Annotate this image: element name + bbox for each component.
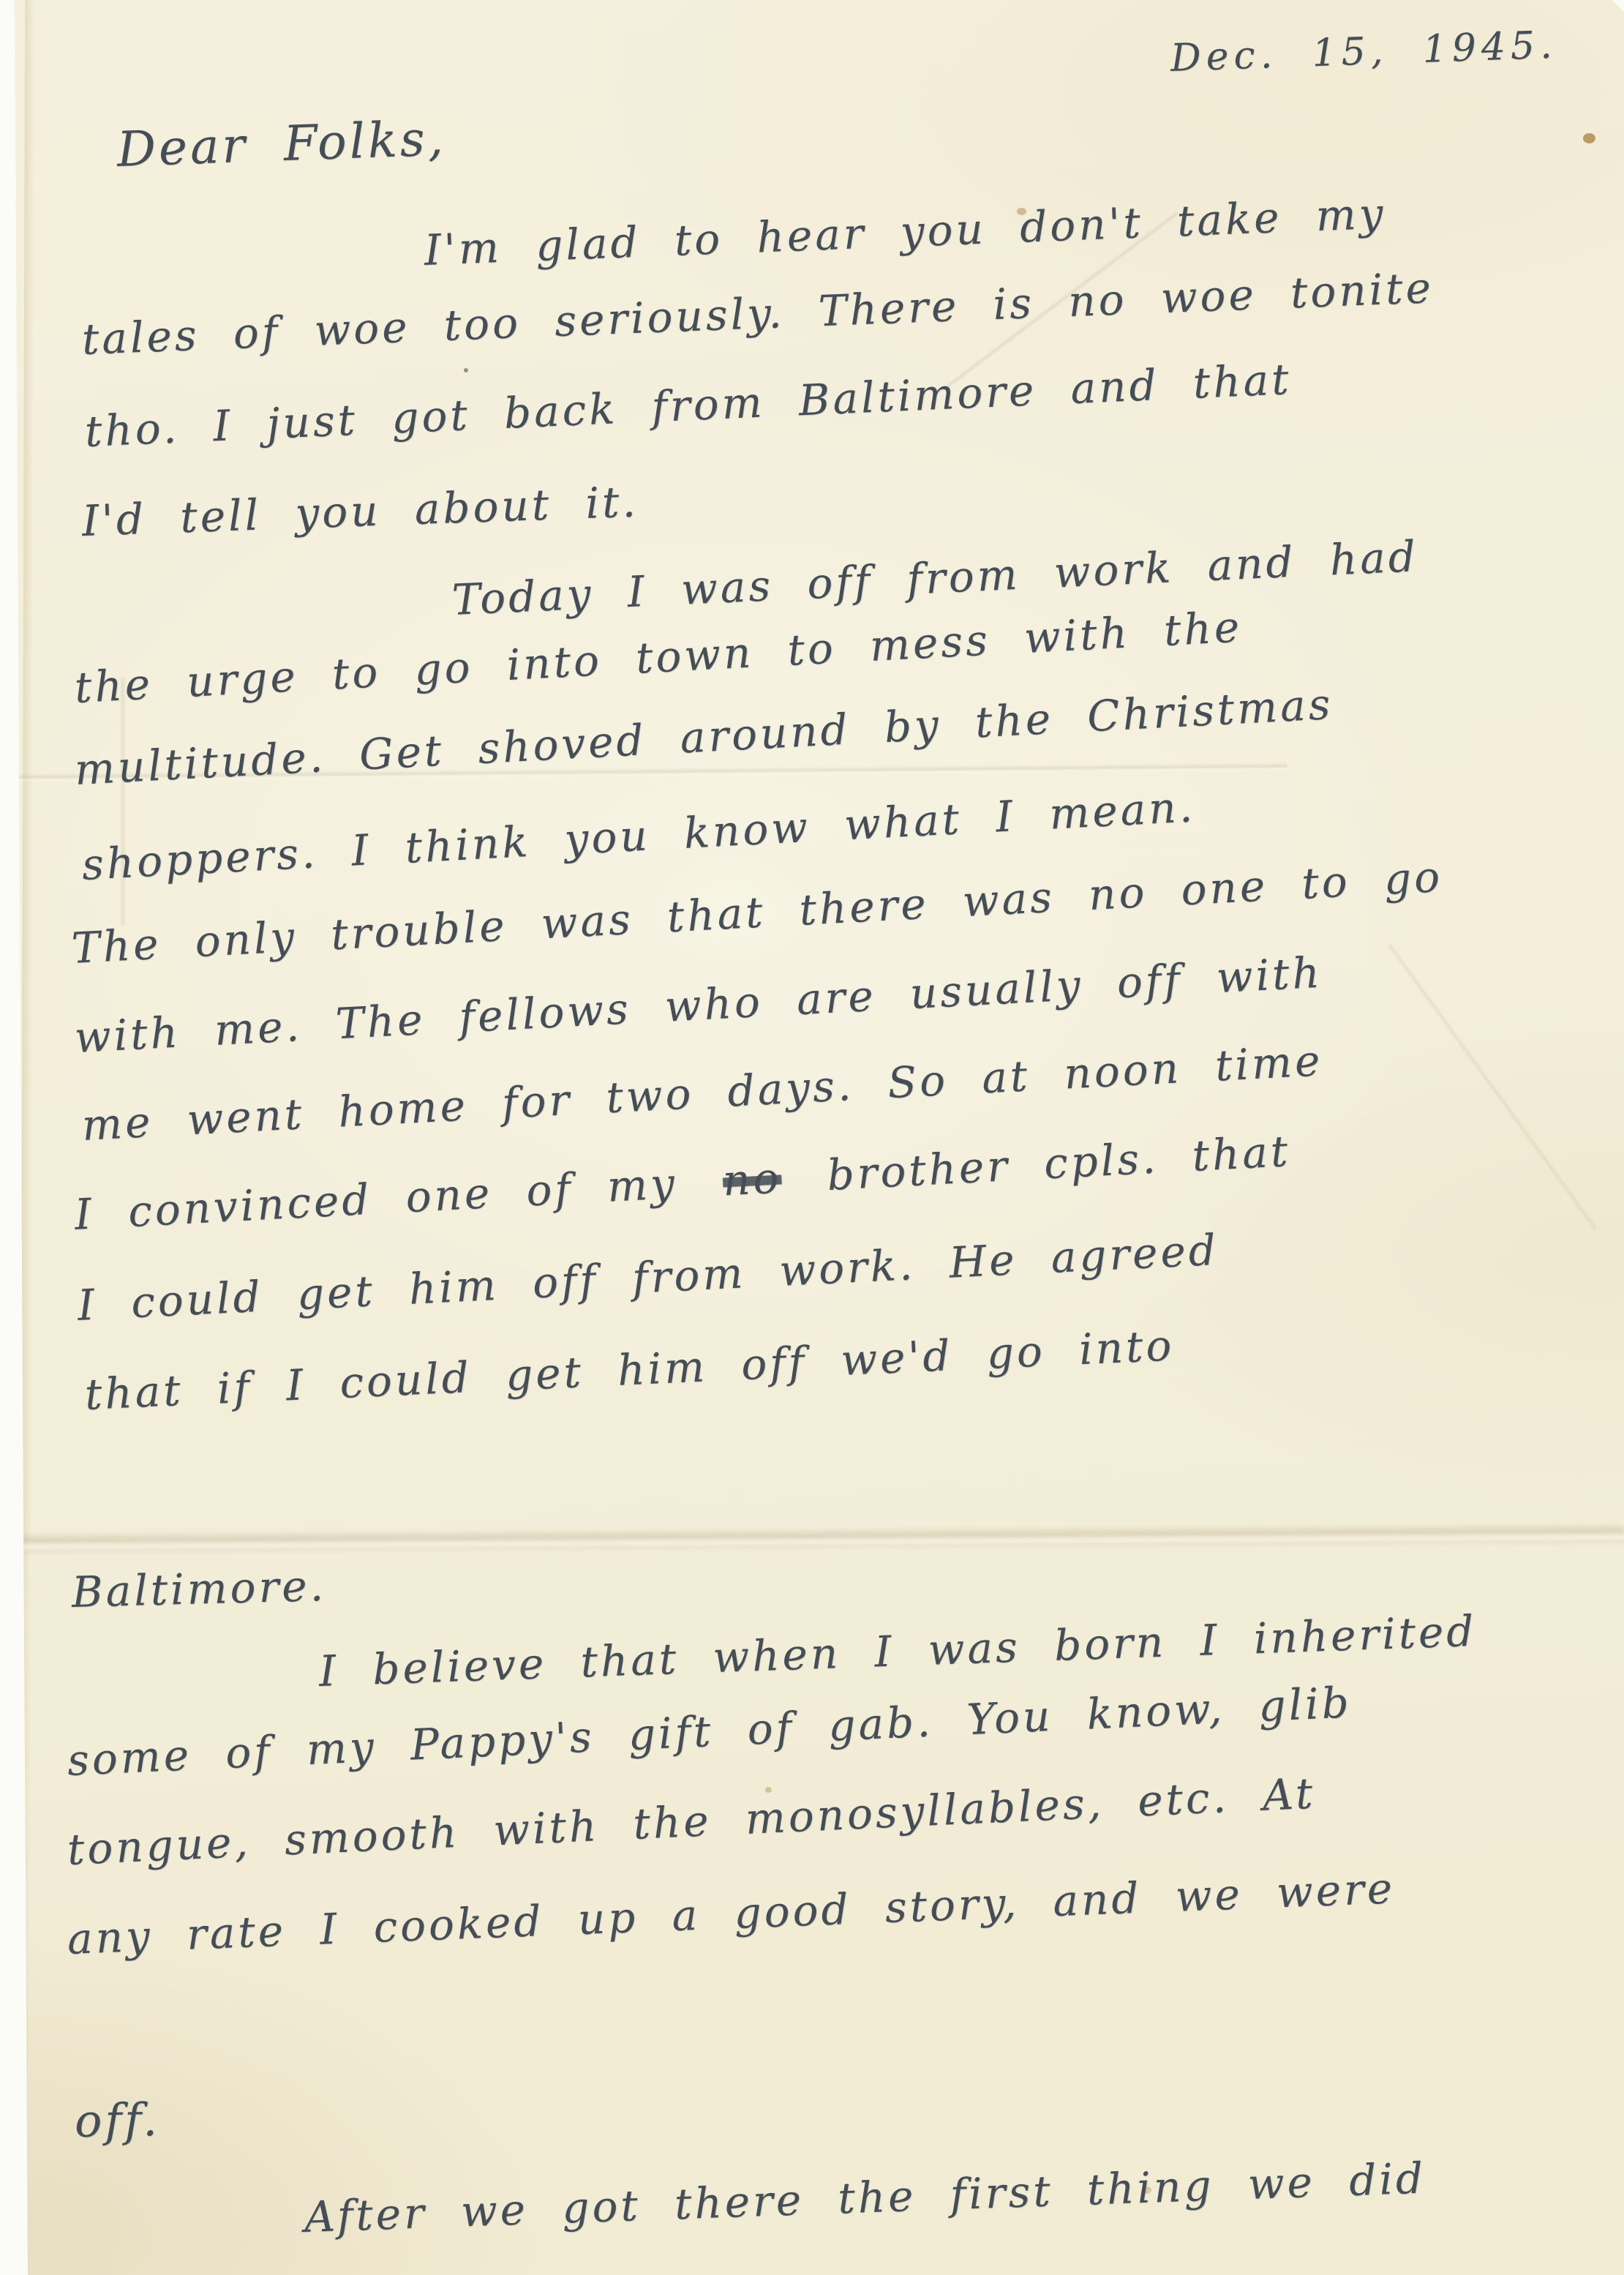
handwritten-line: tho. I just got back from Baltimore and … [84, 354, 1293, 457]
stain-speck [765, 1787, 772, 1793]
handwritten-line: Today I was off from work and had [451, 531, 1419, 625]
stain-speck [464, 368, 468, 372]
line-text-before-strike: I convinced one of my [73, 1158, 678, 1240]
handwritten-line: After we got there the first thing we di… [304, 2153, 1426, 2241]
handwritten-line: tongue, smooth with the monosyllables, e… [66, 1769, 1316, 1875]
scanned-letter: { "letter": { "date": "Dec. 15, 1945.", … [0, 0, 1624, 2275]
crease-diagonal-right [1388, 944, 1597, 1229]
stain-speck [1583, 133, 1595, 143]
handwritten-line: tales of woe too seriously. There is no … [81, 263, 1435, 364]
fold-crease-middle [0, 1523, 1624, 1555]
handwritten-line: some of my Pappy's gift of gab. You know… [66, 1677, 1353, 1785]
handwritten-line: off. [74, 2093, 160, 2148]
handwritten-line: I'm glad to hear you don't take my [424, 189, 1387, 275]
line-text-after-strike: brother cpls. that [826, 1126, 1292, 1200]
handwritten-line: any rate I cooked up a good story, and w… [67, 1863, 1396, 1964]
handwritten-line: that if I could get him off we'd go into [83, 1320, 1175, 1420]
handwritten-line: I'd tell you about it. [81, 476, 639, 546]
letter-salutation: Dear Folks, [116, 110, 447, 178]
letter-date: Dec. 15, 1945. [1170, 23, 1558, 80]
handwritten-line: me went home for two days. So at noon ti… [80, 1035, 1324, 1150]
crease-vertical-left [121, 677, 124, 926]
letter-paper: Dec. 15, 1945. Dear Folks, I'm glad to h… [0, 0, 1624, 2275]
handwritten-line-with-strikeout: I convinced one of my no brother cpls. t… [73, 1126, 1291, 1240]
paper-edge-shadow [19, 0, 35, 2275]
handwritten-line: I could get him off from work. He agreed [76, 1225, 1219, 1330]
handwritten-line: Baltimore. [71, 1561, 327, 1617]
struck-word: no [721, 1153, 783, 1205]
